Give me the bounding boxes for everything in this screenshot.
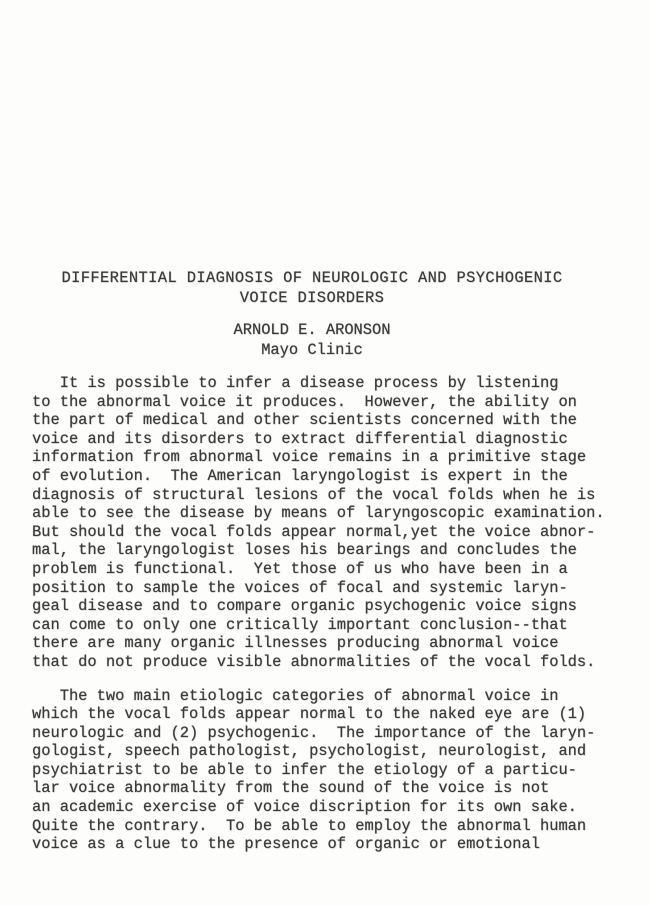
heading-block: DIFFERENTIAL DIAGNOSIS OF NEUROLOGIC AND… <box>32 268 592 360</box>
author-block: ARNOLD E. ARONSON Mayo Clinic <box>32 320 592 360</box>
paper-title: DIFFERENTIAL DIAGNOSIS OF NEUROLOGIC AND… <box>32 268 592 308</box>
document-page: DIFFERENTIAL DIAGNOSIS OF NEUROLOGIC AND… <box>0 0 650 906</box>
author-name: ARNOLD E. ARONSON <box>32 320 592 340</box>
document-body: It is possible to infer a disease proces… <box>32 374 624 854</box>
author-affiliation: Mayo Clinic <box>32 340 592 360</box>
paragraph-1: It is possible to infer a disease proces… <box>32 374 624 672</box>
paragraph-2: The two main etiologic categories of abn… <box>32 687 624 854</box>
